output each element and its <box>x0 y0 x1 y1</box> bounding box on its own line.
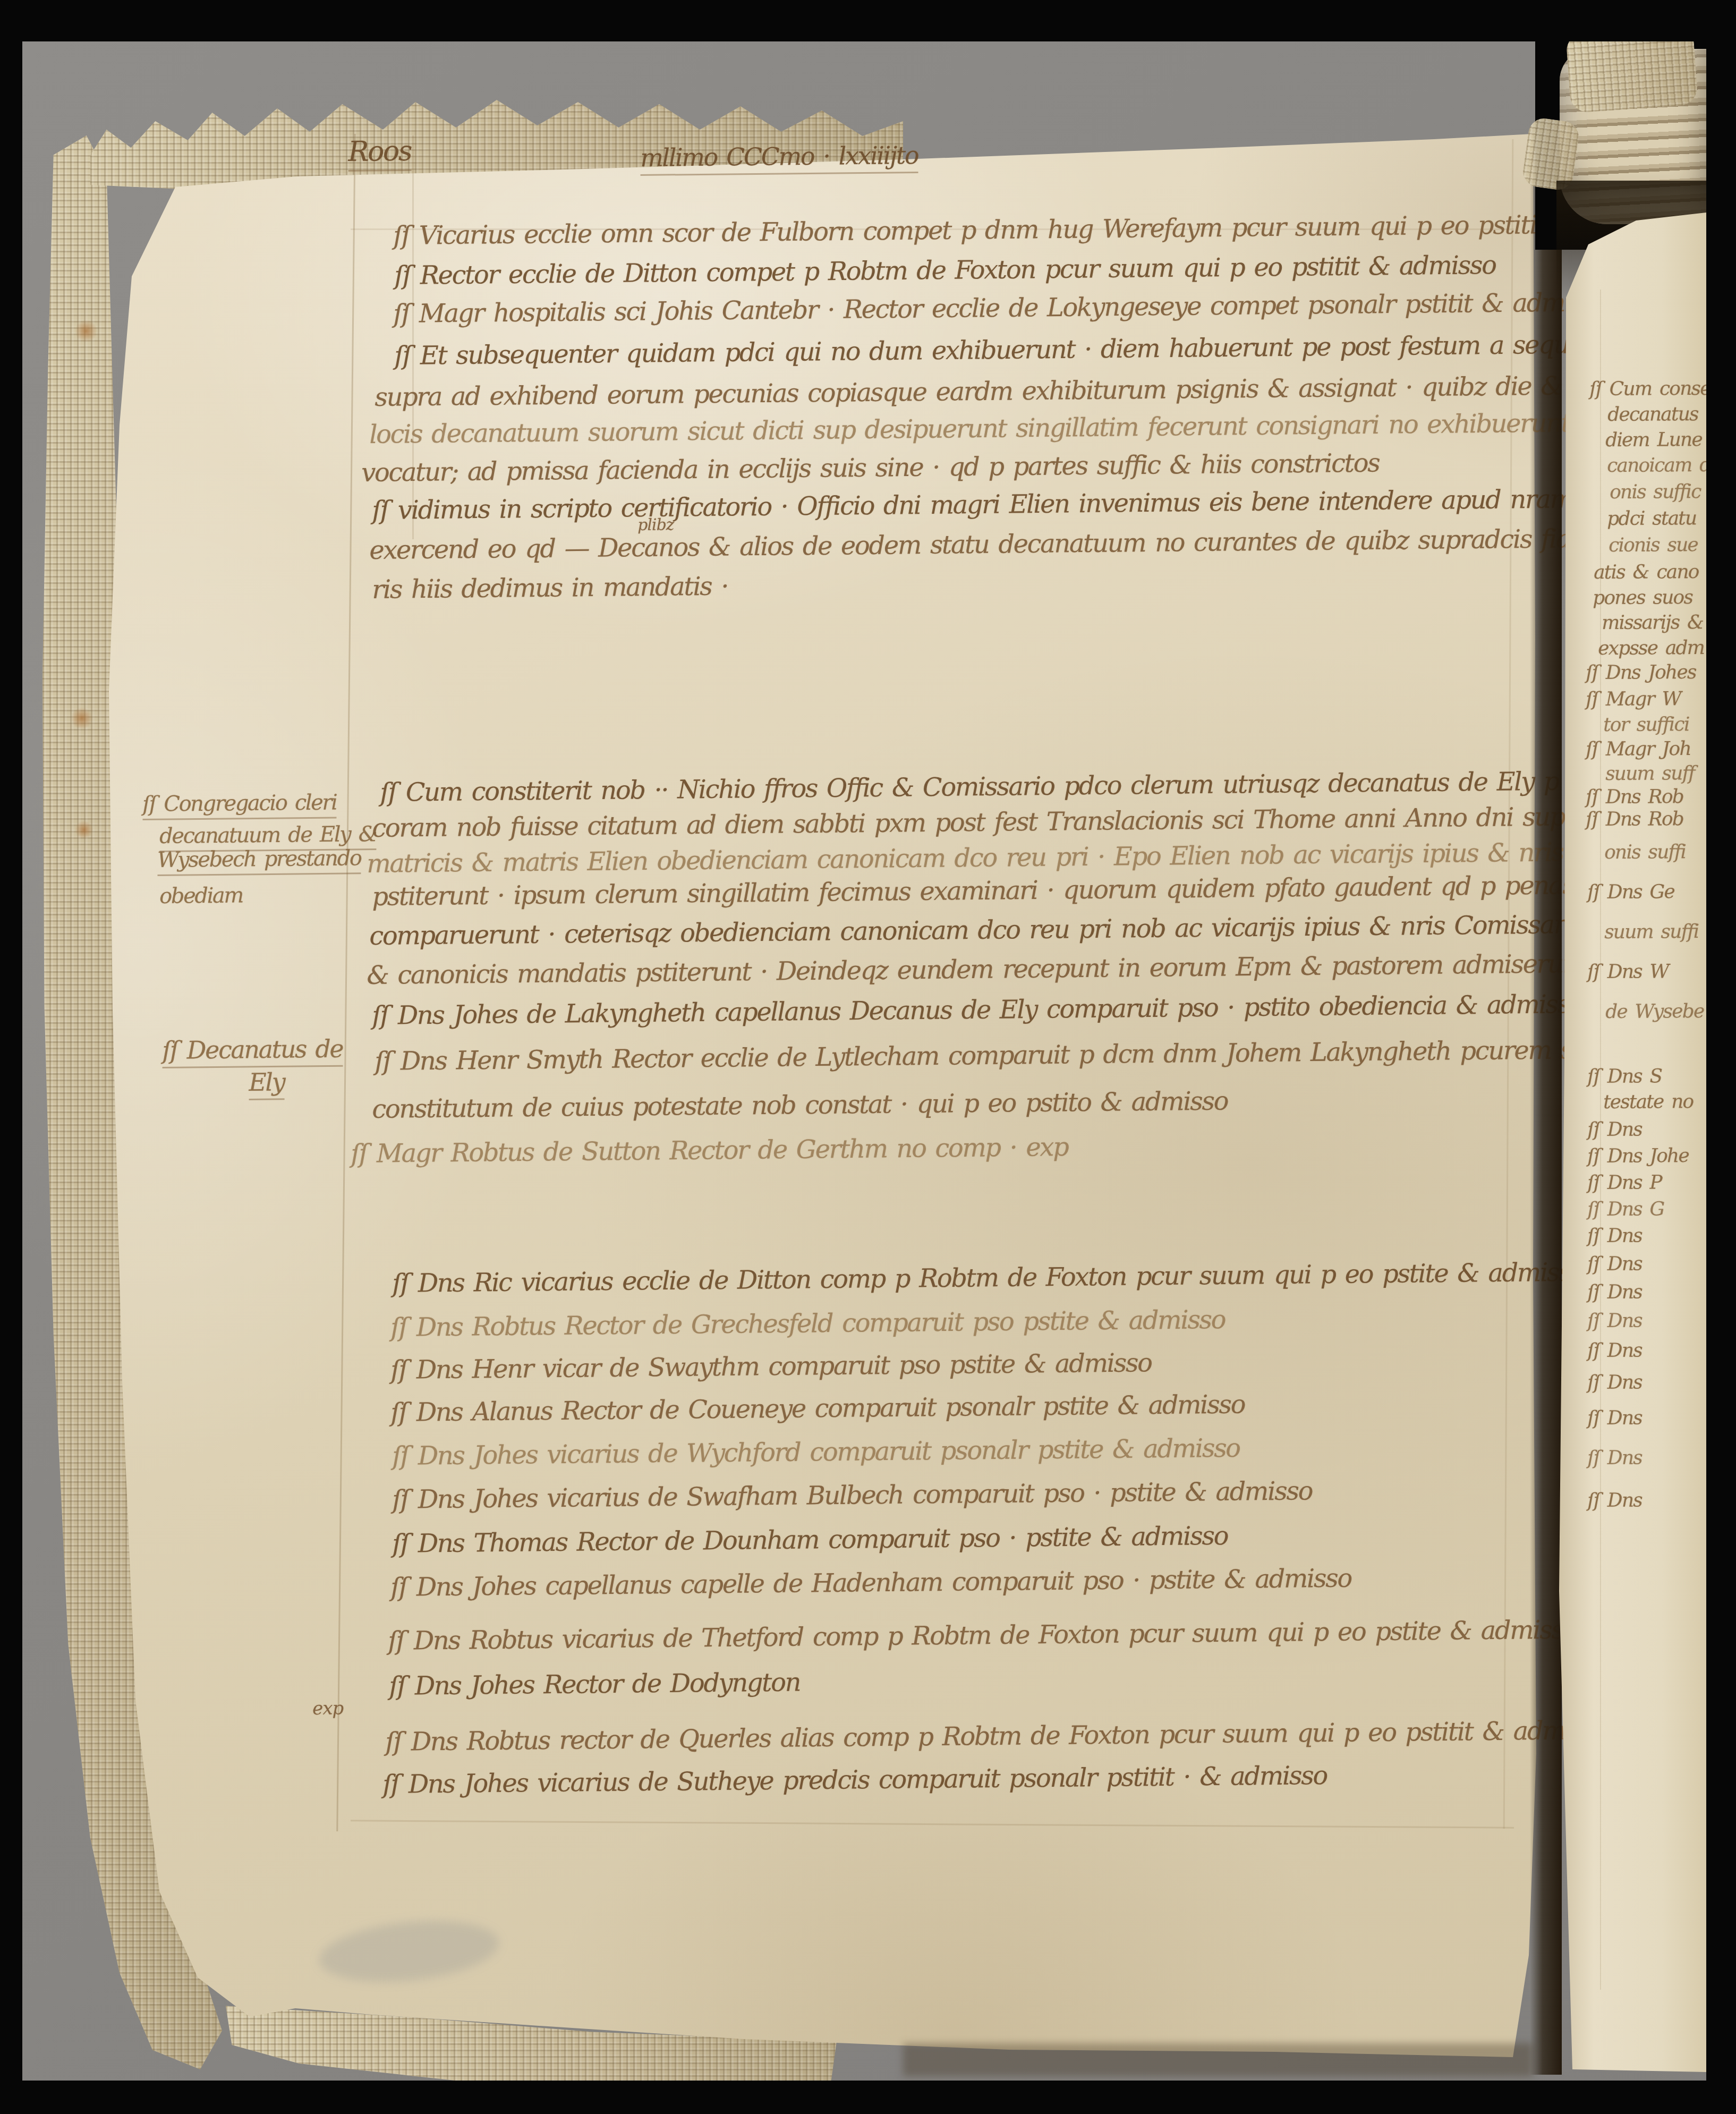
sliver-line: ſſ Dns Johe <box>1587 1145 1689 1167</box>
sliver-line: onis suffi <box>1604 842 1686 863</box>
sliver-line: testate no <box>1603 1091 1693 1113</box>
margin-note-line: Wysebech prestando <box>157 846 361 876</box>
frame-right <box>1706 0 1736 2114</box>
text-line: ris hiis dedimus in mandatis · <box>372 573 728 604</box>
interlinear-addition: plibz <box>637 516 674 534</box>
sliver-line: ſſ Dns <box>1587 1253 1642 1275</box>
sliver-line: atis & cano <box>1594 562 1699 583</box>
sliver-line: ſſ Dns <box>1587 1310 1642 1331</box>
sliver-line: ſſ Dns Johes <box>1586 662 1696 684</box>
page-gap-shadow <box>1530 133 1562 2075</box>
sliver-line: canoicam d <box>1607 455 1706 477</box>
sliver-line: suum suffi <box>1604 921 1698 943</box>
sliver-line: ſſ Dns <box>1587 1447 1642 1468</box>
entry-line: ſſ Dns Johes Rector de Dodyngton <box>389 1669 800 1701</box>
sliver-line: ſſ Dns <box>1587 1372 1642 1393</box>
sliver-line: ſſ Dns S <box>1587 1066 1662 1087</box>
sliver-line: ſſ Dns <box>1587 1281 1642 1303</box>
sliver-line: pones suos <box>1593 587 1692 609</box>
sliver-line: de Wysebe <box>1605 1001 1704 1023</box>
page-edge-shadow <box>903 2043 1533 2076</box>
sliver-line: cionis sue <box>1609 534 1698 556</box>
sliver-line: pdci statu <box>1607 508 1696 529</box>
sliver-line: suum suff <box>1605 763 1695 784</box>
sliver-line: ſſ Dns <box>1587 1490 1642 1511</box>
sliver-line: ſſ Dns <box>1587 1407 1642 1429</box>
manuscript-photo: Roos mllimo CCCmo · lxxiiijto ſſ Vicariu… <box>0 0 1736 2114</box>
sliver-line: ſſ Dns W <box>1587 961 1669 982</box>
sliver-line: ſſ Cum conse <box>1589 378 1706 400</box>
margin-note-line: ſſ Congregacio cleri <box>142 791 337 820</box>
rust-stain <box>74 821 93 839</box>
margin-note-line: Ely <box>249 1068 285 1100</box>
sliver-line: decanatus <box>1607 404 1698 425</box>
sliver-line: diem Lune <box>1605 429 1702 451</box>
margin-exp-note: exp <box>312 1699 343 1719</box>
sliver-line: ſſ Dns <box>1587 1119 1642 1140</box>
margin-note-line: obediam <box>159 884 243 908</box>
rust-stain <box>75 319 97 343</box>
sliver-line: ſſ Dns <box>1587 1340 1642 1361</box>
sliver-line: ſſ Dns Rob <box>1586 809 1683 830</box>
next-folio-sliver: ſſ Cum conse decanatus diem Lune canoica… <box>1556 210 1706 2072</box>
sliver-line: expsse adm <box>1598 638 1704 659</box>
year-heading: mllimo CCCmo · lxxiiijto <box>640 142 918 176</box>
frame-left <box>0 0 22 2114</box>
sliver-line: ſſ Dns <box>1587 1225 1642 1246</box>
sliver-line: ſſ Dns Rob <box>1586 786 1683 808</box>
sliver-line: ſſ Dns Ge <box>1587 881 1674 903</box>
margin-note-line: ſſ Decanatus de <box>162 1035 343 1068</box>
rust-stain <box>70 708 93 729</box>
sliver-line: ſſ Magr Joh <box>1586 738 1691 760</box>
sliver-line: ſſ Magr W <box>1586 689 1681 710</box>
sliver-line: ſſ Dns G <box>1587 1199 1664 1220</box>
sliver-line: tor suffici <box>1603 714 1689 735</box>
entry-line: ſſ Magr Robtus de Sutton Rector de Gerth… <box>351 1133 1068 1168</box>
frame-bottom <box>0 2081 1736 2114</box>
frame-top <box>0 0 1736 41</box>
sliver-line: missarijs & <box>1602 612 1703 634</box>
sliver-line: ſſ Dns P <box>1587 1172 1662 1193</box>
sliver-line: onis suffic <box>1610 481 1701 503</box>
folio-mark: Roos <box>348 137 411 172</box>
